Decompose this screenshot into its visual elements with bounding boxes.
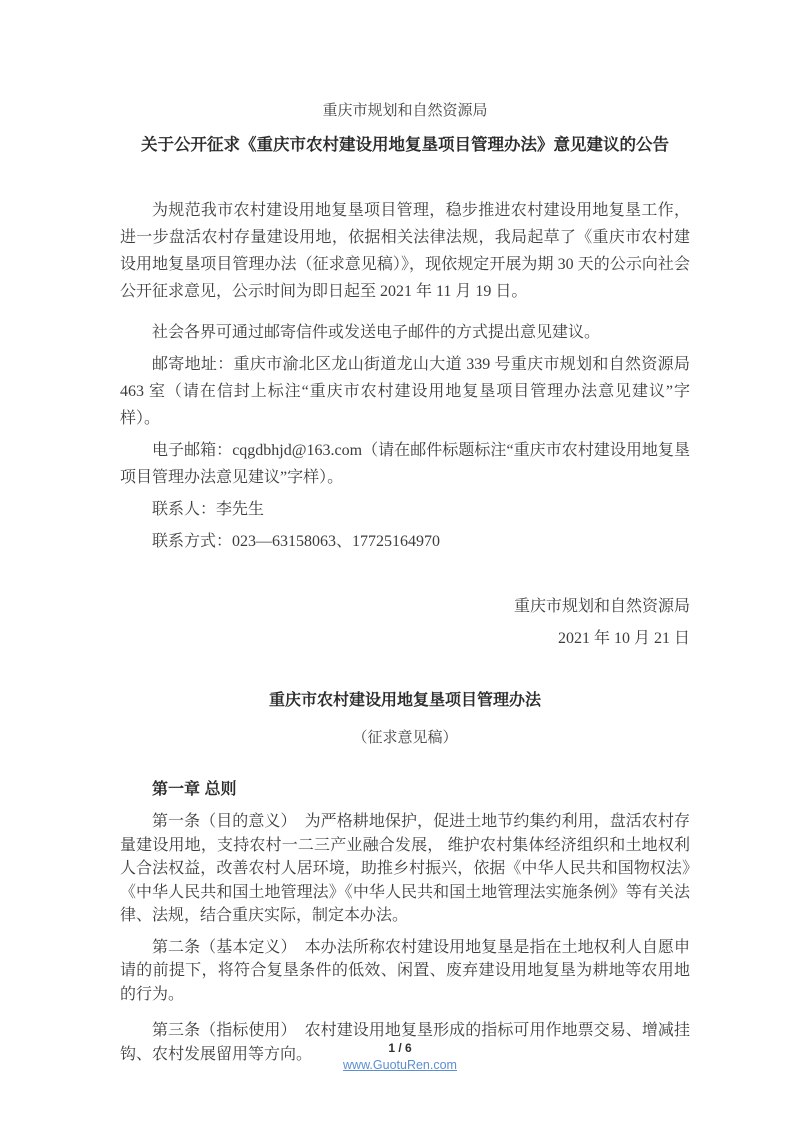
site-link[interactable]: www.GuotuRen.com (343, 1057, 457, 1073)
mail-address-paragraph: 邮寄地址：重庆市渝北区龙山街道龙山大道 339 号重庆市规划和自然资源局 463… (120, 351, 690, 432)
measure-subtitle: （征求意见稿） (120, 726, 690, 750)
article-2-paragraph: 第二条（基本定义） 本办法所称农村建设用地复垦是指在土地权利人自愿申请的前提下，… (120, 936, 690, 1007)
chapter-1-heading: 第一章 总则 (120, 778, 690, 802)
page-indicator: 1 / 6 (0, 1041, 800, 1056)
feedback-channel-paragraph: 社会各界可通过邮寄信件或发送电子邮件的方式提出意见建议。 (120, 319, 690, 346)
contact-number-paragraph: 联系方式：023—63158063、17725164970 (120, 528, 690, 555)
email-paragraph: 电子邮箱：cqgdbhjd@163.com（请在邮件标题标注“重庆市农村建设用地… (120, 437, 690, 491)
intro-paragraph: 为规范我市农村建设用地复垦项目管理，稳步推进农村建设用地复垦工作，进一步盘活农村… (120, 197, 690, 305)
measure-title: 重庆市农村建设用地复垦项目管理办法 (120, 689, 690, 713)
signature-block: 重庆市规划和自然资源局 2021 年 10 月 21 日 (120, 591, 690, 655)
article-1-paragraph: 第一条（目的意义） 为严格耕地保护，促进土地节约集约利用，盘活农村存量建设用地，… (120, 810, 690, 928)
signature-date: 2021 年 10 月 21 日 (120, 623, 690, 655)
document-content: 重庆市规划和自然资源局 关于公开征求《重庆市农村建设用地复垦项目管理办法》意见建… (0, 0, 800, 1066)
contact-person-paragraph: 联系人：李先生 (120, 496, 690, 523)
page-footer: 1 / 6 www.GuotuRen.com (0, 1041, 800, 1074)
signature-org: 重庆市规划和自然资源局 (120, 591, 690, 623)
document-page: 重庆市规划和自然资源局 关于公开征求《重庆市农村建设用地复垦项目管理办法》意见建… (0, 0, 800, 1132)
org-name-heading: 重庆市规划和自然资源局 (120, 100, 690, 122)
announcement-title: 关于公开征求《重庆市农村建设用地复垦项目管理办法》意见建议的公告 (120, 133, 690, 157)
